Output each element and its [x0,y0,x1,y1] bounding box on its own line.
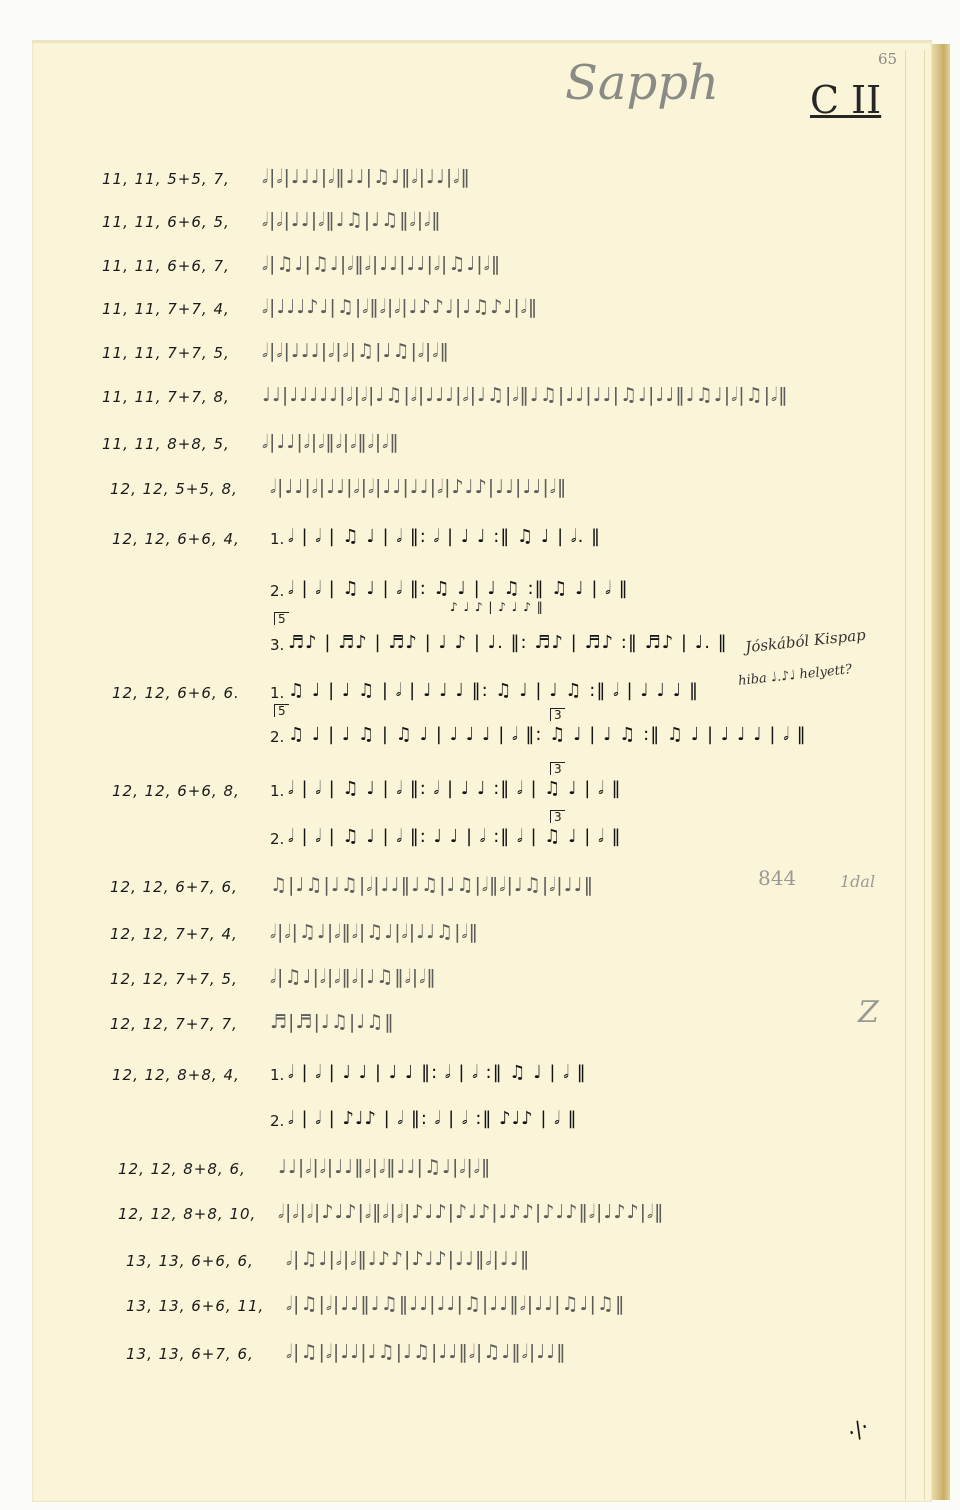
row-rhythm: 𝅗𝅥|♫♩|♫♩|𝅗𝅥‖𝅗𝅥|♩♩|♩♩|𝅗𝅥|♫♩|𝅗𝅥‖ [262,253,501,275]
variant-alt-rhythm: ♪ ♩ ♪ | ♪ ♩ ♪ ‖ [450,600,544,614]
row-rhythm: 𝅗𝅥|♩♩|𝅗𝅥|♩♩|𝅗𝅥|𝅗𝅥|♩♩|♩♩|𝅗𝅥|♪♩♪|♩♩|♩♩|𝅗𝅥‖ [270,476,567,498]
tuplet-marker: 5 [274,704,289,717]
row-pattern: 12, 12, 7+7, 7, [110,1015,238,1033]
row-pattern: 11, 11, 6+6, 5, [102,213,230,231]
margin-note-3-mark: Z [858,995,879,1030]
variant-line-rhythm: ♫ ♩ | ♩ ♫ | ♫ ♩ | ♩ ♩ ♩ | 𝅗𝅥 ‖: ♫ ♩ | ♩ … [288,724,807,745]
row-pattern: 12, 12, 5+5, 8, [110,480,238,498]
row-rhythm: 𝅗𝅥|𝅗𝅥|♫♩|𝅗𝅥‖𝅗𝅥|♫♩|𝅗𝅥|♩♩♫|𝅗𝅥‖ [270,921,479,943]
row-rhythm: ♩♩|𝅗𝅥|𝅗𝅥|♩♩‖𝅗𝅥|𝅗𝅥‖♩♩|♫♩|𝅗𝅥|𝅗𝅥‖ [278,1156,491,1178]
row-rhythm: 𝅗𝅥|♫♩|𝅗𝅥|𝅗𝅥‖♩♪♪|♪♩♪|♩♩‖𝅗𝅥|♩♩‖ [286,1248,530,1270]
row-rhythm: 𝅗𝅥|♩♩|𝅗𝅥|𝅗𝅥‖𝅗𝅥|𝅗𝅥‖𝅗𝅥|𝅗𝅥‖ [262,431,400,453]
row-pattern: 12, 12, 7+7, 5, [110,970,238,988]
row-pattern: 12, 12, 8+8, 10, [118,1205,256,1223]
variant-line-number: 1. [270,530,284,548]
title-pencil: Sapph [565,55,719,111]
page-stack-lines [905,50,925,1500]
row-pattern: 13, 13, 6+6, 11, [126,1297,264,1315]
variant-line-rhythm: 𝅗𝅥 | 𝅗𝅥 | ♫ ♩ | 𝅗𝅥 ‖: ♩ ♩ | 𝅗𝅥 :‖ 𝅗𝅥 | ♫… [288,826,622,847]
tuplet-marker: 3 [550,708,565,721]
variant-line-number: 2. [270,1112,284,1130]
tuplet-marker: 3 [550,762,565,775]
row-rhythm: 𝅗𝅥|♫|𝅗𝅥|♩♩‖♩♫‖♩♩|♩♩|♫|♩♩‖𝅗𝅥|♩♩|♫♩|♫‖ [286,1293,625,1315]
row-pattern: 13, 13, 6+6, 6, [126,1252,254,1270]
variant-line-number: 1. [270,684,284,702]
row-rhythm: 𝅗𝅥|𝅗𝅥|♩♩|𝅗𝅥‖♩♫|♩♫‖𝅗𝅥|𝅗𝅥‖ [262,209,442,231]
row-rhythm: ♩♩|♩♩♩♩♩|𝅗𝅥|𝅗𝅥|♩♫|𝅗𝅥|♩♩♩|𝅗𝅥|♩♫|𝅗𝅥‖♩♫|♩♩|… [262,384,789,406]
row-pattern: 12, 12, 7+7, 4, [110,925,238,943]
row-rhythm: 𝅗𝅥|♫|𝅗𝅥|♩♩|♩♫|♩♫|♩♩‖𝅗𝅥|♫♩‖𝅗𝅥|♩♩‖ [286,1341,567,1363]
row-pattern: 11, 11, 6+6, 7, [102,257,230,275]
variant-line-rhythm: 𝅗𝅥 | 𝅗𝅥 | ♫ ♩ | 𝅗𝅥 ‖: 𝅗𝅥 | ♩ ♩ :‖ 𝅗𝅥 | ♫… [288,778,622,799]
variant-line-rhythm: 𝅗𝅥 | 𝅗𝅥 | ♩ ♩ | ♩ ♩ ‖: 𝅗𝅥 | 𝅗𝅥 :‖ ♫ ♩ | … [288,1062,587,1083]
row-rhythm: 𝅗𝅥|𝅗𝅥|𝅗𝅥|♪♩♪|𝅗𝅥‖𝅗𝅥|𝅗𝅥|♪♩♪|♪♩♪|♩♪♪|♪♩♪‖𝅗𝅥… [278,1201,665,1223]
row-rhythm: 𝅗𝅥|♩♩♩♪♩|♫|𝅗𝅥‖𝅗𝅥|𝅗𝅥|♩♪♪♩|♩♫♪♩|𝅗𝅥‖ [262,296,538,318]
row-pattern: 11, 11, 7+7, 8, [102,388,230,406]
margin-note-2-text: 1dal [840,872,875,891]
variant-line-number: 3. [270,636,284,654]
row-pattern: 11, 11, 7+7, 4, [102,300,230,318]
row-pattern: 11, 11, 5+5, 7, [102,170,230,188]
row-rhythm: 𝅗𝅥|𝅗𝅥|♩♩♩|𝅗𝅥|𝅗𝅥|♫|♩♫|𝅗𝅥|𝅗𝅥‖ [262,340,450,362]
row-pattern: 12, 12, 8+8, 6, [118,1160,246,1178]
row-pattern: 11, 11, 7+7, 5, [102,344,230,362]
variant-line-number: 1. [270,1066,284,1084]
variant-line-number: 2. [270,582,284,600]
section-label: C II [810,78,881,122]
variant-line-number: 2. [270,728,284,746]
tuplet-marker: 5 [274,612,289,625]
variant-pattern: 12, 12, 6+6, 6. [112,684,240,702]
row-rhythm: 𝅗𝅥|𝅗𝅥|♩♩♩|𝅗𝅥‖♩♩|♫♩‖𝅗𝅥|♩♩|𝅗𝅥‖ [262,166,471,188]
variant-pattern: 12, 12, 6+6, 8, [112,782,240,800]
tuplet-marker: 3 [550,810,565,823]
variant-line-rhythm: ♬♪ | ♬♪ | ♬♪ | ♩ ♪ | ♩. ‖: ♬♪ | ♬♪ :‖ ♬♪… [288,632,728,653]
page-number: 65 [878,50,897,68]
row-rhythm: 𝅗𝅥|♫♩|𝅗𝅥|𝅗𝅥‖𝅗𝅥|♩♫‖𝅗𝅥|𝅗𝅥‖ [270,966,437,988]
variant-line-rhythm: ♫ ♩ | ♩ ♫ | 𝅗𝅥 | ♩ ♩ ♩ ‖: ♫ ♩ | ♩ ♫ :‖ 𝅗… [288,680,699,701]
row-pattern: 13, 13, 6+7, 6, [126,1345,254,1363]
row-pattern: 11, 11, 8+8, 5, [102,435,230,453]
variant-pattern: 12, 12, 8+8, 4, [112,1066,240,1084]
variant-line-rhythm: 𝅗𝅥 | 𝅗𝅥 | ♫ ♩ | 𝅗𝅥 ‖: ♫ ♩ | ♩ ♫ :‖ ♫ ♩ |… [288,578,629,599]
row-rhythm: ♬|♬|♩♫|♩♫‖ [270,1011,395,1033]
row-pattern: 12, 12, 6+7, 6, [110,878,238,896]
variant-line-rhythm: 𝅗𝅥 | 𝅗𝅥 | ♫ ♩ | 𝅗𝅥 ‖: 𝅗𝅥 | ♩ ♩ :‖ ♫ ♩ | … [288,526,601,547]
variant-line-number: 1. [270,782,284,800]
variant-pattern: 12, 12, 6+6, 4, [112,530,240,548]
margin-note-2-number: 844 [758,866,796,890]
row-rhythm: ♫|♩♫|♩♫|𝅗𝅥|♩♩‖♩♫|♩♫|𝅗𝅥‖𝅗𝅥|♩♫|𝅗𝅥|♩♩‖ [270,874,594,896]
variant-line-number: 2. [270,830,284,848]
variant-line-rhythm: 𝅗𝅥 | 𝅗𝅥 | ♪♩♪ | 𝅗𝅥 ‖: 𝅗𝅥 | 𝅗𝅥 :‖ ♪♩♪ | 𝅗… [288,1108,578,1129]
